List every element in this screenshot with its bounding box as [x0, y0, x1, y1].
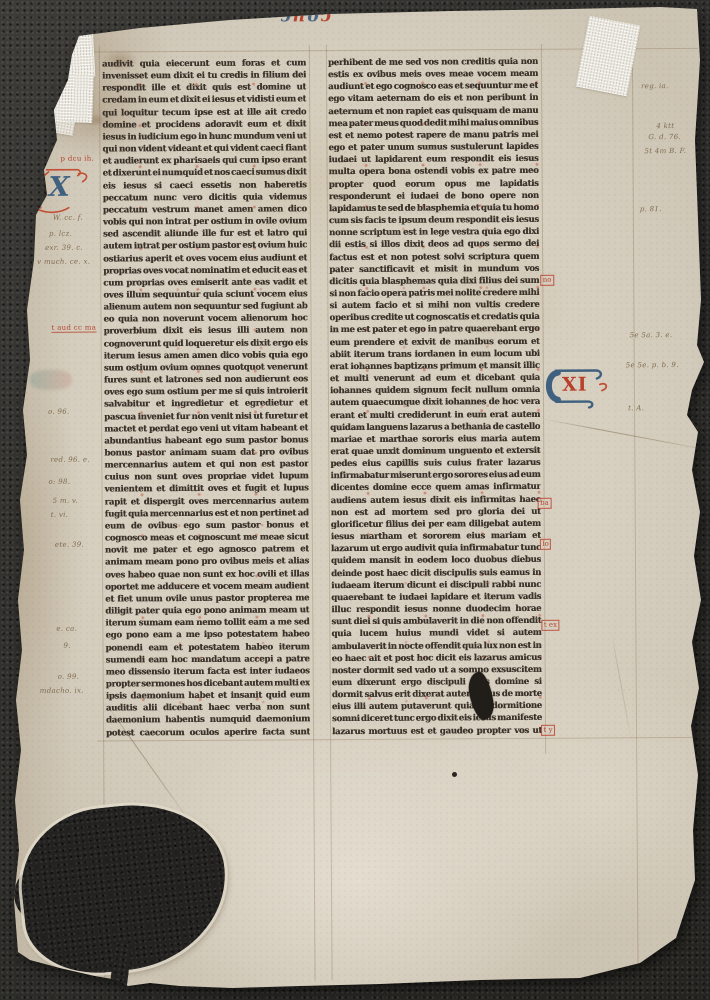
- red-tab-note: no: [540, 275, 554, 286]
- chapter-number-x: X: [49, 172, 70, 203]
- text-column-left: audivit quia eiecerunt eum foras et cum …: [102, 57, 310, 739]
- offset-ink-ghost: [30, 370, 72, 390]
- margin-note: 9.: [63, 642, 70, 650]
- text-column-right: perhibent de me sed vos non creditis qui…: [328, 56, 542, 738]
- chapter-initial-xi: XI: [540, 364, 612, 408]
- running-header-letter-h: h: [293, 6, 307, 26]
- running-header-letter-o: o: [307, 6, 320, 26]
- margin-note: ete. 39.: [55, 541, 84, 549]
- margin-note: 5e 5a. 3. e.: [630, 331, 673, 339]
- margin-note: v much. ce. x.: [37, 258, 90, 266]
- red-tab-note: ba: [538, 498, 552, 509]
- running-header-flourish: ɔ: [281, 6, 293, 26]
- margin-note: 5 m. v.: [53, 497, 78, 505]
- margin-note: 5t 4m B. F.: [644, 147, 686, 155]
- margin-note: W. cc. f.: [53, 214, 83, 222]
- margin-note: p. 81.: [640, 205, 662, 213]
- margin-note: red. 96. e.: [50, 456, 90, 464]
- margin-note: o. 99.: [58, 673, 80, 681]
- cloth-tape-top-left-lower: [40, 69, 94, 123]
- chapter-initial-x: X: [33, 164, 95, 218]
- red-tab-note: lo: [540, 539, 552, 550]
- running-header: ɔhoɔ: [281, 6, 334, 26]
- margin-note-red: p dcu ih.: [60, 155, 94, 163]
- margin-note: p. lcz.: [49, 230, 72, 238]
- margin-note-red-underlined: t aud cc ma: [52, 324, 97, 333]
- chapter-number-xi: XI: [562, 374, 588, 396]
- crease-line: [540, 418, 710, 452]
- red-tab-note: t ex: [541, 620, 559, 631]
- ruling-line-margin: [632, 38, 639, 968]
- margin-note: mdacho. ix.: [40, 687, 84, 695]
- margin-note: 5e 5e. p. b. 9.: [626, 361, 679, 369]
- margin-note: t. vi.: [51, 511, 69, 519]
- margin-note: exr. 39. c.: [45, 244, 83, 252]
- margin-note: e. ca.: [56, 625, 77, 633]
- margin-note: reg. ia.: [641, 82, 669, 90]
- margin-note: t. A.: [628, 404, 644, 412]
- ink-speck: [452, 772, 457, 777]
- margin-note: o. 96.: [48, 408, 70, 416]
- cloth-tape-frayed-bit: [51, 118, 75, 136]
- manuscript-leaf-wrapper: ɔhoɔ audivit quia eiecerunt eum foras et…: [0, 0, 710, 1000]
- red-tab-note: t y: [541, 725, 555, 736]
- margin-note: 4 ktt: [656, 122, 674, 130]
- running-header-flourish-end: ɔ: [321, 6, 333, 26]
- margin-note: o: 98.: [48, 478, 70, 486]
- photo-of-manuscript-leaf: { "accents": { "rubric_red": "#b5432e", …: [0, 0, 710, 1000]
- ruling-line-gutter-left: [309, 45, 316, 980]
- margin-note: G. d. 76.: [648, 133, 681, 141]
- parchment-leaf: ɔhoɔ audivit quia eiecerunt eum foras et…: [0, 0, 710, 1000]
